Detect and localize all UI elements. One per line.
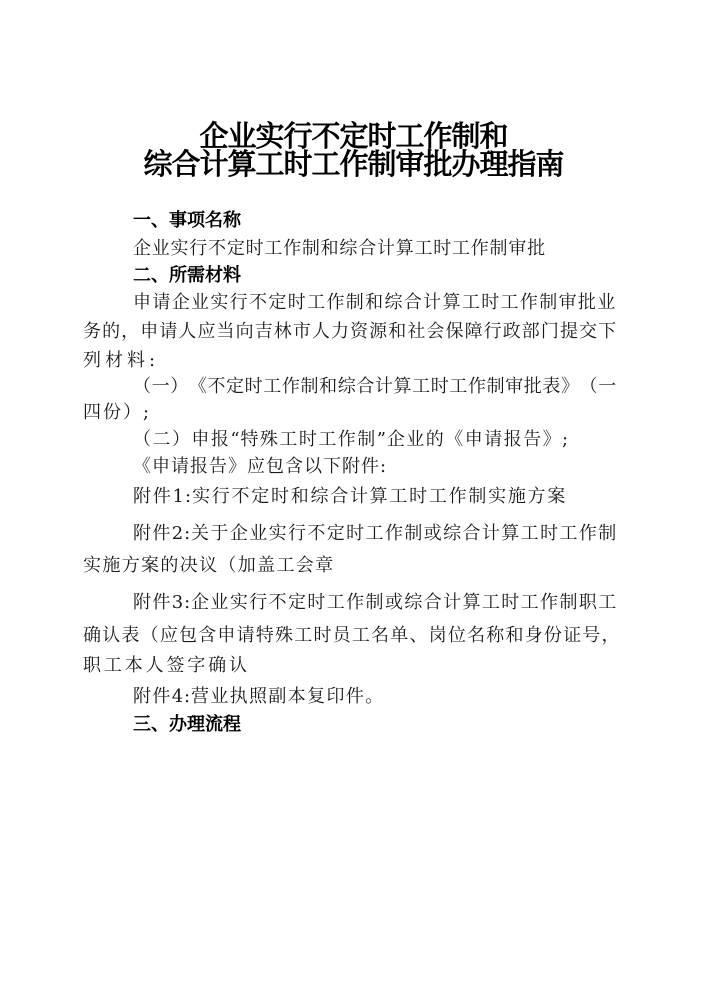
item-name-text: 企 业 实 行 不 定 时 工 作 制 和 综 合 计 算 工 时 工 作 制 … <box>133 237 545 261</box>
attachment-3-line-1: 附 件 3 : 企 业 实 行 不 定 时 工 作 制 或 综 合 计 算 工 … <box>133 591 616 615</box>
section-heading-process: 三、办理流程 <box>133 713 241 737</box>
attachment-1: 附 件 1 : 实 行 不 定 时 和 综 合 计 算 工 时 工 作 制 实 … <box>133 485 565 509</box>
material-item-1-line-2: 四份）; <box>83 401 151 425</box>
attachment-3-line-3: 职 工 本 人 签 字 确 认 ） <box>83 654 247 678</box>
materials-intro-line-2: 务 的 ， 申 请 人 应 当 向 吉 林 市 人 力 资 源 和 社 会 保 … <box>83 320 616 344</box>
attachment-4: 附 件 4 : 营 业 执 照 副 本 复 印 件 。 <box>133 685 383 709</box>
materials-intro-line-3: 列材料: <box>83 349 159 373</box>
report-attachments-intro: 《申请报告》应包含以下附件: <box>133 455 387 479</box>
document-page: 企业实行不定时工作制和 综合计算工时工作制审批办理指南 一、事项名称 企 业 实… <box>0 0 707 999</box>
section-heading-required-materials: 二、所需材料 <box>133 264 241 288</box>
document-title-line-2: 综合计算工时工作制审批办理指南 <box>0 149 707 179</box>
material-item-1-line-1: （ 一 ） 《 不 定 时 工 作 制 和 综 合 计 算 工 时 工 作 制 … <box>133 375 616 399</box>
attachment-2-line-1: 附 件 2 : 关 于 企 业 实 行 不 定 时 工 作 制 或 综 合 计 … <box>133 522 616 546</box>
materials-intro-line-1: 申 请 企 业 实 行 不 定 时 工 作 制 和 综 合 计 算 工 时 工 … <box>133 291 615 315</box>
attachment-2-line-2: 实 施 方 案 的 决 议 （ 加 盖 工 会 章 ） <box>83 554 333 578</box>
section-heading-item-name: 一、事项名称 <box>133 209 241 233</box>
attachment-3-line-2: 确 认 表 （ 应 包 含 申 请 特 殊 工 时 员 工 名 单 、 岗 位 … <box>83 624 619 648</box>
material-item-2: （ 二 ） 申 报 “ 特 殊 工 时 工 作 制 ” 企 业 的 《 申 请 … <box>133 428 568 452</box>
